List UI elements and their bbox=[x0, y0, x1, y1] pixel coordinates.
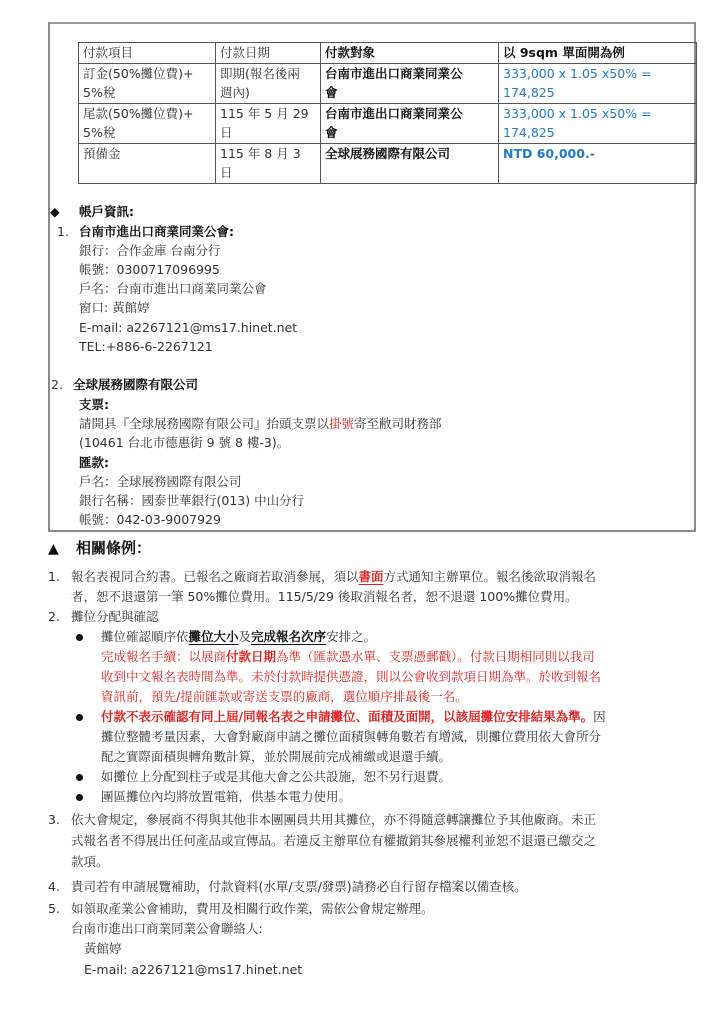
table-row: 尾款(50%攤位費)+5%稅 115 年 5 月 29日 台南市進出口商業同業公… bbox=[79, 103, 697, 143]
diamond-bullet-icon: ◆ bbox=[50, 202, 60, 221]
term-2-bullet-2-line-2: 攤位整體考量因素，大會對廠商申請之攤位面積與轉角數若有增減，則攤位費用依大會所分 bbox=[101, 727, 601, 746]
table-header-row: 付款項目 付款日期 付款對象 以 9sqm 單面開為例 bbox=[79, 43, 697, 64]
header-payment-item: 付款項目 bbox=[79, 43, 216, 64]
cell-text: 預備金 bbox=[83, 144, 211, 164]
wire-bank: 銀行名稱：國泰世華銀行(013) 中山分行 bbox=[79, 491, 304, 510]
cell-text: 115 年 8 月 3 bbox=[220, 144, 316, 164]
term-2-bullet-1-red-3: 資訊前，預先/提前匯款或寄送支票的廠商，選位順序排最後一名。 bbox=[101, 687, 468, 706]
registered-mail-highlight: 掛號 bbox=[329, 416, 354, 431]
cell-item: 訂金(50%攤位費)+5%稅 bbox=[79, 63, 216, 103]
check-label: 支票: bbox=[79, 395, 109, 414]
term-2-bullet-3: 如攤位上分配到柱子或是其他大會之公共設施，恕不另行退費。 bbox=[101, 767, 451, 786]
contact-email: E-mail: a2267121@ms17.hinet.net bbox=[84, 960, 302, 979]
term-3-line-3: 款項。 bbox=[71, 852, 109, 871]
payment-table: 付款項目 付款日期 付款對象 以 9sqm 單面開為例 訂金(50%攤位費)+5… bbox=[78, 42, 697, 184]
account-1-number: 帳號：0300717096995 bbox=[79, 260, 220, 279]
cell-text: 5%稅 bbox=[83, 123, 211, 143]
account-2-name: 全球展務國際有限公司 bbox=[73, 375, 198, 394]
cell-text: 333,000 x 1.05 x50% = bbox=[503, 64, 692, 84]
wire-holder: 戶名：全球展務國際有限公司 bbox=[79, 472, 242, 491]
terms-title: 相關條例： bbox=[76, 539, 151, 558]
check-instructions: 請開具『全球展務國際有限公司』抬頭支票以掛號寄至敝司財務部 bbox=[79, 414, 442, 433]
table-row: 預備金 115 年 8 月 3日 全球展務國際有限公司 NTD 60,000.- bbox=[79, 143, 697, 183]
term-text: 因 bbox=[593, 709, 606, 724]
list-number: 1. bbox=[48, 567, 60, 586]
cell-payee: 全球展務國際有限公司 bbox=[321, 143, 499, 183]
account-info-title: 帳戶資訊: bbox=[79, 202, 134, 221]
account-1-email: E-mail: a2267121@ms17.hinet.net bbox=[79, 318, 297, 337]
table-row: 訂金(50%攤位費)+5%稅 即期(報名後兩週內) 台南市進出口商業同業公會 3… bbox=[79, 63, 697, 103]
list-number: 5. bbox=[48, 899, 60, 918]
bullet-dot-icon bbox=[76, 714, 83, 721]
cell-text: 日 bbox=[220, 123, 316, 143]
term-2-bullet-1: 攤位確認順序依攤位大小及完成報名次序安排之。 bbox=[101, 627, 376, 646]
contact-name: 黃館婷 bbox=[84, 939, 122, 958]
bullet-dot-icon bbox=[76, 774, 83, 781]
cell-item: 尾款(50%攤位費)+5%稅 bbox=[79, 103, 216, 143]
list-number: 3. bbox=[48, 810, 60, 829]
cell-text: 台南市進出口商業同業公 bbox=[325, 104, 494, 124]
list-number: 1. bbox=[57, 222, 69, 241]
written-form-highlight: 書面 bbox=[359, 569, 384, 584]
cell-date: 115 年 8 月 3日 bbox=[216, 143, 321, 183]
account-1-name: 台南市進出口商業同業公會: bbox=[79, 222, 234, 241]
term-text: 報名表視同合約書。已報名之廠商若取消參展，須以 bbox=[71, 569, 359, 584]
term-2-bullet-2: 付款不表示確認有同上屆/同報名表之申請攤位、面積及面開，以該屆攤位安排結果為準。… bbox=[101, 707, 606, 726]
cell-text: 尾款(50%攤位費)+ bbox=[83, 104, 211, 124]
term-text: 為準（匯款憑水單、支票憑郵戳）。付款日期相同則以我司 bbox=[276, 649, 595, 664]
cell-text: NTD 60,000.- bbox=[503, 144, 692, 164]
term-text: 及 bbox=[239, 629, 252, 644]
term-1-line-2: 者，恕不退還第一筆 50%攤位費用。115/5/29 後取消報名者，恕不退還 1… bbox=[71, 587, 578, 606]
cell-date: 115 年 5 月 29日 bbox=[216, 103, 321, 143]
term-2-bullet-1-red-1: 完成報名手續：以展商付款日期為準（匯款憑水單、支票憑郵戳）。付款日期相同則以我司 bbox=[101, 647, 595, 666]
term-text: 攤位確認順序依 bbox=[101, 629, 189, 644]
term-3-line-2: 式報名者不得展出任何產品或宣傳品。若違反主辦單位有權撤銷其參展權利並恕不退還已繳… bbox=[71, 831, 596, 850]
wire-label: 匯款: bbox=[79, 453, 109, 472]
cell-text: 週內) bbox=[220, 83, 316, 103]
cell-payee: 台南市進出口商業同業公會 bbox=[321, 103, 499, 143]
list-number: 2. bbox=[48, 607, 60, 626]
term-3-line-1: 依大會規定，參展商不得與其他非本團團員共用其攤位，亦不得隨意轉讓攤位予其他廠商。… bbox=[71, 810, 596, 829]
cell-example: NTD 60,000.- bbox=[499, 143, 697, 183]
bullet-dot-icon bbox=[76, 794, 83, 801]
contact-label: 台南市進出口商業同業公會聯絡人: bbox=[71, 919, 263, 938]
cell-text: 全球展務國際有限公司 bbox=[325, 144, 494, 164]
term-5-line-1: 如領取產業公會補助，費用及相關行政作業，需依公會規定辦理。 bbox=[71, 899, 434, 918]
header-payee: 付款對象 bbox=[321, 43, 499, 64]
cell-text: 115 年 5 月 29 bbox=[220, 104, 316, 124]
cell-text: 訂金(50%攤位費)+ bbox=[83, 64, 211, 84]
term-text: 完成報名手續：以展商 bbox=[101, 649, 226, 664]
triangle-bullet-icon: ▲ bbox=[48, 540, 59, 559]
booth-size-emphasis: 攤位大小 bbox=[189, 629, 239, 644]
term-2-bullet-4: 團區攤位內均將放置電箱，供基本電力使用。 bbox=[101, 787, 351, 806]
header-payment-date: 付款日期 bbox=[216, 43, 321, 64]
header-example: 以 9sqm 單面開為例 bbox=[499, 43, 697, 64]
cell-text: 333,000 x 1.05 x50% = bbox=[503, 104, 692, 124]
check-address: (10461 台北市德惠街 9 號 8 樓-3)。 bbox=[79, 433, 289, 452]
list-number: 2. bbox=[51, 375, 63, 394]
term-text: 安排之。 bbox=[326, 629, 376, 644]
check-text: 寄至敝司財務部 bbox=[354, 416, 442, 431]
account-1-holder: 戶名：台南市進出口商業同業公會 bbox=[79, 279, 267, 298]
account-1-bank: 銀行：合作金庫 台南分行 bbox=[79, 241, 220, 260]
cell-example: 333,000 x 1.05 x50% =174,825 bbox=[499, 63, 697, 103]
cell-date: 即期(報名後兩週內) bbox=[216, 63, 321, 103]
account-1-tel: TEL:+886-6-2267121 bbox=[79, 337, 213, 356]
account-1-contact: 窗口: 黃館婷 bbox=[79, 298, 150, 317]
cell-payee: 台南市進出口商業同業公會 bbox=[321, 63, 499, 103]
list-number: 4. bbox=[48, 877, 60, 896]
term-4-line-1: 貴司若有申請展覽補助，付款資料(水單/支票/發票)請務必自行留存檔案以備查核。 bbox=[71, 877, 527, 896]
cell-example: 333,000 x 1.05 x50% =174,825 bbox=[499, 103, 697, 143]
term-2-bullet-2-line-3: 配之實際面積與轉角數計算，並於開展前完成補繳或退還手續。 bbox=[101, 747, 451, 766]
cell-text: 會 bbox=[325, 123, 494, 143]
registration-order-emphasis: 完成報名次序 bbox=[251, 629, 326, 644]
wire-account: 帳號：042-03-9007929 bbox=[79, 510, 221, 529]
cell-text: 會 bbox=[325, 83, 494, 103]
cell-text: 日 bbox=[220, 163, 316, 183]
cell-text: 即期(報名後兩 bbox=[220, 64, 316, 84]
cell-item: 預備金 bbox=[79, 143, 216, 183]
term-text: 方式通知主辦單位。報名後欲取消報名 bbox=[384, 569, 597, 584]
bullet-dot-icon bbox=[76, 634, 83, 641]
term-2-title: 攤位分配與確認 bbox=[71, 607, 159, 626]
check-text: 請開具『全球展務國際有限公司』抬頭支票以 bbox=[79, 416, 329, 431]
cell-text: 174,825 bbox=[503, 83, 692, 103]
payment-disclaimer-emphasis: 付款不表示確認有同上屆/同報名表之申請攤位、面積及面開，以該屆攤位安排結果為準。 bbox=[101, 709, 593, 724]
term-1-line-1: 報名表視同合約書。已報名之廠商若取消參展，須以書面方式通知主辦單位。報名後欲取消… bbox=[71, 567, 596, 586]
payment-date-emphasis: 付款日期 bbox=[226, 649, 276, 664]
term-2-bullet-1-red-2: 收到中文報名表時間為準。未於付款時提供憑證，則以公會收到款項日期為準。於收到報名 bbox=[101, 667, 601, 686]
cell-text: 台南市進出口商業同業公 bbox=[325, 64, 494, 84]
cell-text: 5%稅 bbox=[83, 83, 211, 103]
cell-text: 174,825 bbox=[503, 123, 692, 143]
